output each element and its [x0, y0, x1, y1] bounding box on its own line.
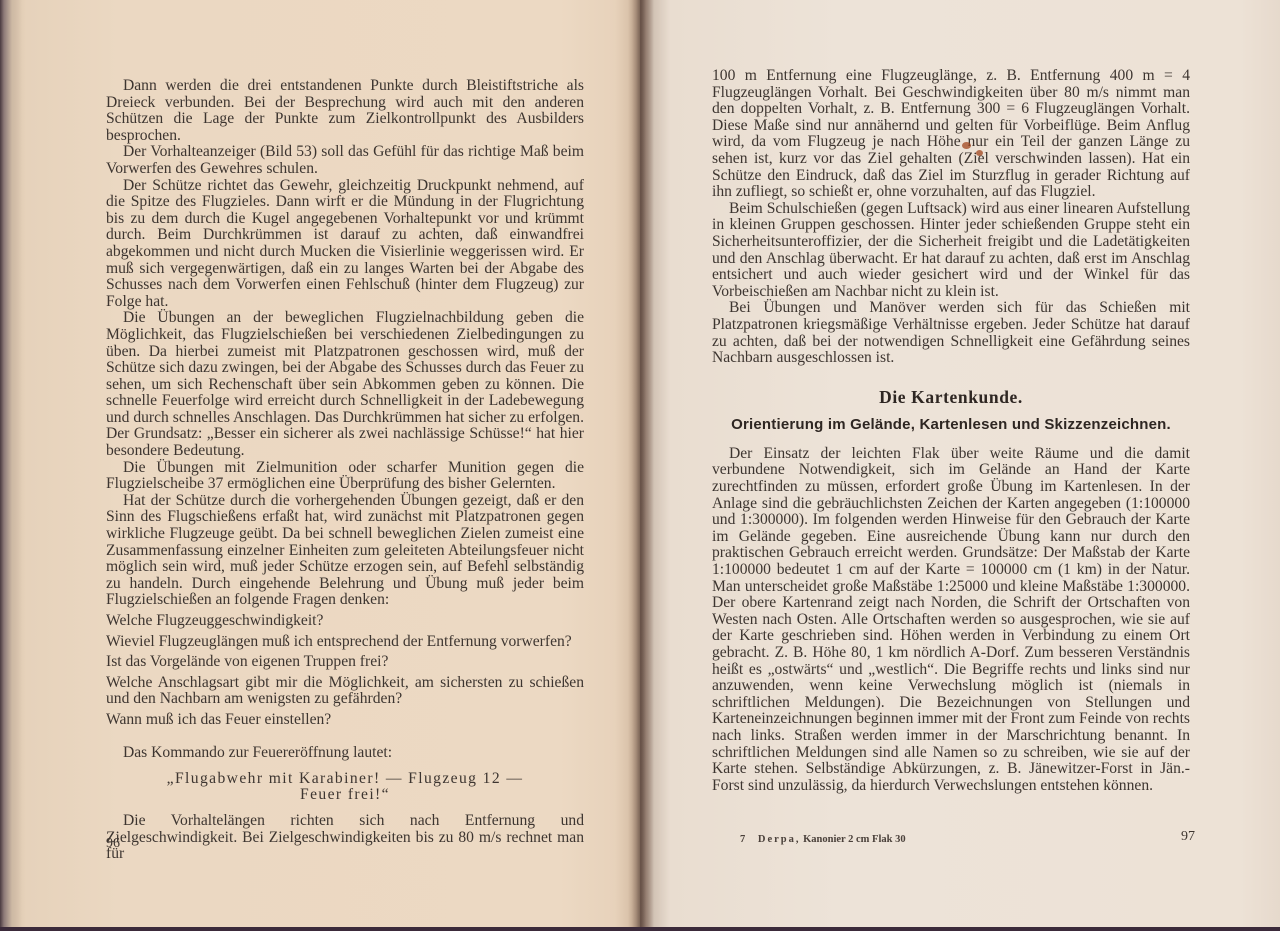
signature-author: Derpa, — [758, 834, 801, 845]
question-item: Welche Flugzeuggeschwindigkeit? — [106, 613, 584, 630]
page-number: 96 — [106, 836, 120, 853]
paragraph: Die Vorhaltelängen richten sich nach Ent… — [106, 813, 584, 863]
left-page: Dann werden die drei entstandenen Punkte… — [0, 0, 640, 928]
command-line: „Flugabwehr mit Karabiner! — Flugzeug 12… — [106, 771, 584, 787]
question-item: Ist das Vorgelände von eigenen Truppen f… — [106, 654, 584, 671]
paragraph: Dann werden die drei entstandenen Punkte… — [106, 78, 584, 144]
book-spread: Dann werden die drei entstandenen Punkte… — [0, 0, 1280, 931]
left-page-body: Dann werden die drei entstandenen Punkte… — [106, 78, 584, 863]
paragraph: Der Vorhalteanzeiger (Bild 53) soll das … — [106, 144, 584, 177]
command-line: Feuer frei!“ — [106, 787, 584, 803]
continuation-paragraph: 100 m Entfernung eine Flugzeuglänge, z. … — [712, 68, 1190, 201]
paragraph: Die Übungen mit Zielmunition oder scharf… — [106, 460, 584, 493]
signature-number: 7 — [740, 834, 745, 845]
paragraph: Beim Schulschießen (gegen Luftsack) wird… — [712, 201, 1190, 301]
rust-stain — [962, 142, 971, 149]
page-number: 97 — [1181, 829, 1195, 846]
command-intro: Das Kommando zur Feuereröffnung lautet: — [106, 745, 584, 762]
paragraph: Der Einsatz der leichten Flak über weite… — [712, 446, 1190, 794]
right-page-body: 100 m Entfernung eine Flugzeuglänge, z. … — [712, 68, 1190, 794]
right-page: 100 m Entfernung eine Flugzeuglänge, z. … — [640, 0, 1280, 928]
paragraph: Die Übungen an der beweglichen Flugzieln… — [106, 310, 584, 459]
paragraph: Bei Übungen und Manöver werden sich für … — [712, 300, 1190, 366]
page-bottom-edge — [0, 927, 1280, 931]
question-item: Wann muß ich das Feuer einstellen? — [106, 712, 584, 729]
signature-line: 7 Derpa, Kanonier 2 cm Flak 30 — [740, 832, 906, 849]
signature-title: Kanonier 2 cm Flak 30 — [803, 834, 905, 845]
chapter-title: Die Kartenkunde. — [712, 389, 1190, 406]
rust-stain — [976, 150, 983, 156]
section-title: Orientierung im Gelände, Kartenlesen und… — [712, 417, 1190, 434]
book-spine — [628, 0, 654, 928]
question-item: Welche Anschlagsart gibt mir die Möglich… — [106, 675, 584, 708]
question-item: Wieviel Flugzeuglängen muß ich entsprech… — [106, 634, 584, 651]
paragraph: Der Schütze richtet das Gewehr, gleichze… — [106, 178, 584, 311]
paragraph: Hat der Schütze durch die vorhergehenden… — [106, 493, 584, 609]
